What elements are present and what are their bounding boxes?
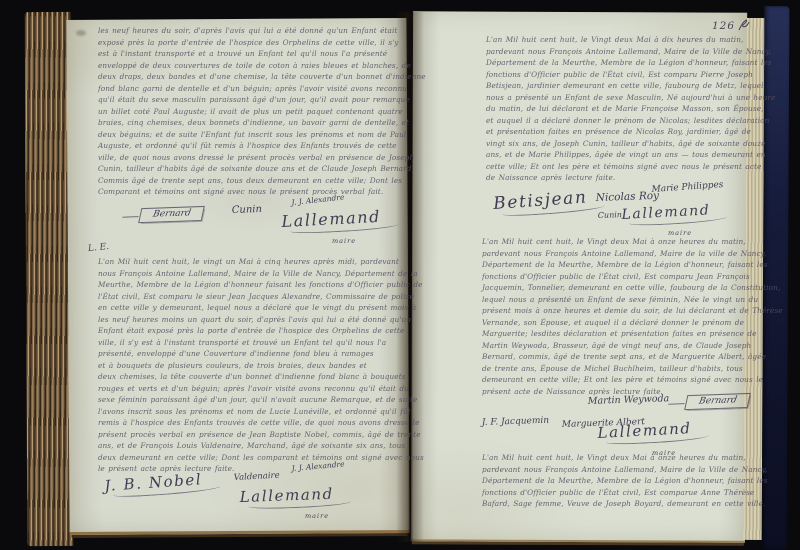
manuscript-line: les neuf heures moins un quart du soir, … [98, 314, 402, 326]
manuscript-line: et à bouquets de plusieurs couleurs, de … [98, 360, 402, 372]
manuscript-line: Commis âgé de trente sept ans, tous deux… [98, 175, 400, 187]
manuscript-line: pardevant nous François Antoine Lalleman… [486, 46, 766, 58]
manuscript-line: Bafard, Sage femme, Veuve de Joseph Boya… [482, 498, 768, 510]
signature-lallemand: Lallemand [281, 207, 381, 231]
entry-1-text: L'an Mil huit cent huit, le Vingt deux M… [486, 34, 766, 184]
manuscript-line: ville, de quoi nous avons dressé le prés… [98, 152, 400, 164]
manuscript-line: L'an Mil huit cent huit, le vingt un Mai… [98, 256, 402, 268]
manuscript-line: exposé près la porte d'entrée de l'hospi… [98, 37, 400, 49]
manuscript-line: cette ville; Et ont les père et témoins … [486, 161, 766, 173]
photo-of-open-register-book: 126 les neuf heures du soir, d'après l'a… [0, 0, 800, 550]
signature-roy: Nicolas Roy [596, 190, 660, 204]
manuscript-line: pardevant nous François Antoine Lalleman… [482, 248, 768, 260]
signature-cunin-2: Cunin [598, 210, 622, 220]
entry-b-text: L'an Mil huit cent huit, le vingt un Mai… [98, 256, 402, 475]
manuscript-line: les neuf heures du soir, d'après l'avis … [98, 25, 400, 37]
manuscript-line: fonctions d'Officier public de l'État ci… [482, 271, 768, 283]
manuscript-line: Comparant et témoins ont signé avec nous… [98, 186, 400, 198]
manuscript-line: Jacquemin, Tonnelier, demeurant en cette… [482, 282, 768, 294]
entry-3-text: L'an Mil huit cent huit, le Vingt deux M… [482, 452, 768, 510]
manuscript-line: ans, et de Marie Philippes, âgée de ving… [486, 149, 766, 161]
manuscript-line: Département de la Meurthe, Membre de la … [486, 57, 766, 69]
manuscript-line: du matin, de lui déclarant et de Marie F… [486, 103, 766, 115]
manuscript-line: Auguste, et ordonné qu'il fût remis à l'… [98, 140, 400, 152]
manuscript-line: nous a présenté un Enfant de sexe Mascul… [486, 92, 766, 104]
manuscript-line: Bernard, commis, âgé de trente sept ans,… [482, 351, 768, 363]
manuscript-line: deux chemises, la tête couverte d'un bon… [98, 371, 402, 383]
manuscript-line: pardevant nous François Antoine Lalleman… [482, 464, 768, 476]
manuscript-line: Vernande, son Épouse, et auquel il a déc… [482, 317, 768, 329]
manuscript-line: qu'il était du sexe masculin paraissant … [98, 94, 400, 106]
manuscript-line: deux draps, deux bandes et d'une chemise… [98, 71, 400, 83]
entry-a-text: les neuf heures du soir, d'après l'avis … [98, 25, 400, 198]
manuscript-line: Betisjean, jardinier demeurant en cette … [486, 80, 766, 92]
manuscript-line: Département de la Meurthe, Membre de la … [482, 259, 768, 271]
manuscript-line: Meurthe, Membre de la Légion d'honneur f… [98, 279, 402, 291]
manuscript-line: l'avons inscrit sous les prénoms et nom … [98, 406, 402, 418]
signature-lallemand-3: Lallemand [621, 202, 711, 223]
manuscript-line: enveloppé de deux couvertures de toile d… [98, 60, 400, 72]
manuscript-line: deux demeurant en cette ville; Dont les … [98, 452, 402, 464]
folio-number: 126 [712, 20, 735, 32]
manuscript-line: fonctions d'Officier public de l'État ci… [482, 487, 768, 499]
manuscript-line: demeurant en cette ville; Et ont les pèr… [482, 374, 768, 386]
manuscript-line: l'État civil, Est comparu le sieur Jean … [98, 291, 402, 303]
signature-cunin: Cunin [232, 204, 263, 216]
manuscript-line: Martin Weywoda, Brasseur, âgé de vingt n… [482, 340, 768, 352]
manuscript-line: un billet coté Paul Auguste; il avait de… [98, 106, 400, 118]
signature-lallemand-4: Lallemand [597, 419, 692, 442]
manuscript-line: présenté, enveloppé d'une Couverture d'i… [98, 348, 402, 360]
manuscript-line: ville, il s'y est à l'instant transporté… [98, 337, 402, 349]
manuscript-line: est à l'instant transporté et a trouvé u… [98, 48, 400, 60]
manuscript-line: vingt six ans, de Joseph Cunin, tailleur… [486, 138, 766, 150]
manuscript-line: présent mois à onze heures et demie du s… [482, 305, 768, 317]
faint-folio-smudge [76, 30, 86, 36]
manuscript-line: L'an Mil huit cent huit, le Vingt deux M… [486, 34, 766, 46]
manuscript-line: de Naissance après lecture faite. [486, 172, 766, 184]
manuscript-line: rouges et verts et d'un béguin; après l'… [98, 383, 402, 395]
entry-2-text: L'an Mil huit cent huit, le Vingt deux M… [482, 236, 768, 397]
manuscript-line: lequel nous a présenté un Enfant de sexe… [482, 294, 768, 306]
manuscript-line: remis à l'hospice des Enfants trouvés de… [98, 417, 402, 429]
signature-title-maire: maire [332, 237, 356, 245]
signature-lallemand-2: Lallemand [239, 485, 334, 506]
manuscript-line: en cette ville y demeurant, lequel nous … [98, 302, 402, 314]
manuscript-line: présent procès verbal en présence de Jea… [98, 429, 402, 441]
manuscript-line: L'an Mil huit cent huit, le Vingt deux M… [482, 236, 768, 248]
manuscript-line: Enfant était exposé près la porte d'entr… [98, 325, 402, 337]
manuscript-line: Cunin, tailleur d'habits âgé de soixante… [98, 163, 400, 175]
manuscript-line: fonctions d'Officier public de l'État ci… [486, 69, 766, 81]
manuscript-line: ans, et de François Louis Valdenaire, Ma… [98, 440, 402, 452]
signature-bernard-paraph: Bernard [138, 206, 205, 223]
manuscript-line: braies, cinq chemises, deux bonnets d'in… [98, 117, 400, 129]
manuscript-line: sexe féminin paraissant âgé d'un jour, q… [98, 394, 402, 406]
signature-title-maire-2: maire [305, 512, 329, 520]
manuscript-line: L'an Mil huit cent huit, le Vingt deux M… [482, 452, 768, 464]
manuscript-line: fond blanc garni de dentelle et d'un bég… [98, 83, 400, 95]
manuscript-line: de trente ans, Épouse de Michel Buchlhei… [482, 363, 768, 375]
manuscript-line: deux béguins; et de suite l'Enfant fut i… [98, 129, 400, 141]
manuscript-line: Marguerite; lesdites déclaration et prés… [482, 328, 768, 340]
manuscript-line: et présentation faites en présence de Ni… [486, 126, 766, 138]
manuscript-line: et auquel il a déclaré donner le prénom … [486, 115, 766, 127]
manuscript-line: nous François Antoine Lallemand, Maire d… [98, 268, 402, 280]
manuscript-line: Département de la Meurthe, Membre de la … [482, 475, 768, 487]
signature-bernard-paraph-2: Bernard [684, 393, 751, 410]
